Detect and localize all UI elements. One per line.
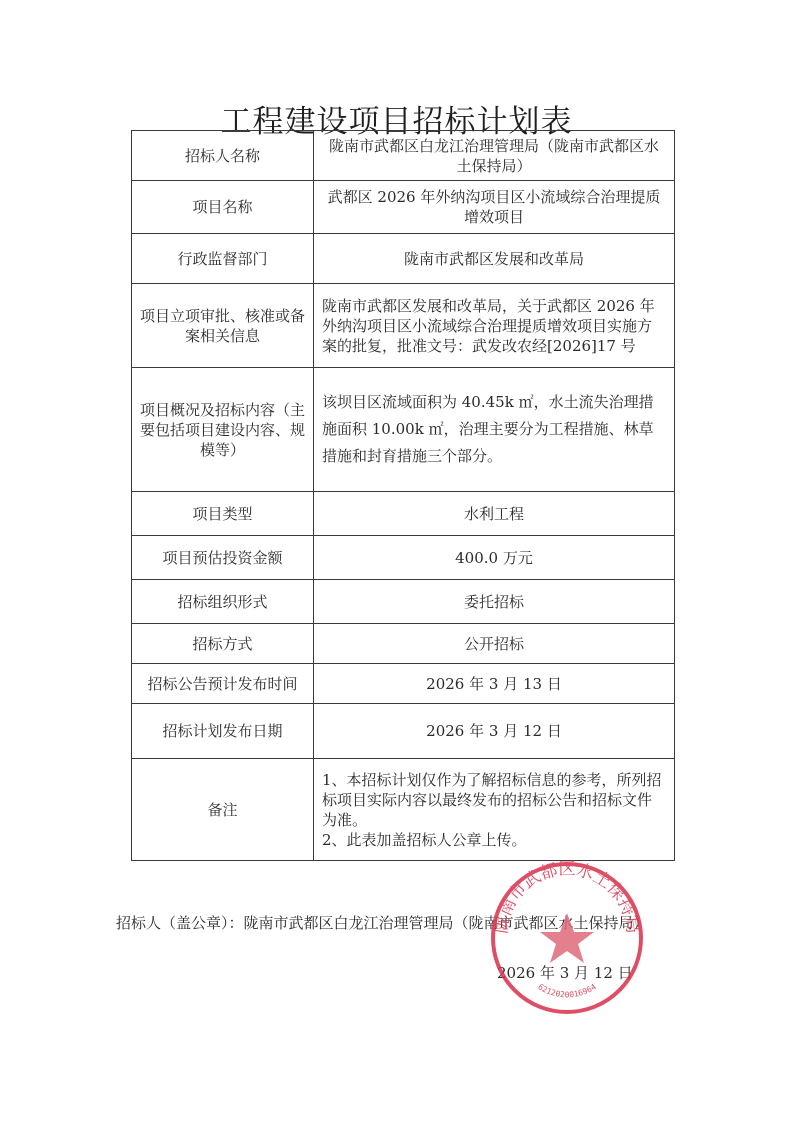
row-value-project-type: 水利工程 <box>314 492 675 536</box>
row-label-plan-date: 招标计划发布日期 <box>132 704 314 759</box>
table-row: 行政监督部门 陇南市武都区发展和改革局 <box>132 234 675 284</box>
row-label-project-overview: 项目概况及招标内容（主要包括项目建设内容、规模等） <box>132 368 314 492</box>
remark-note-2: 2、此表加盖招标人公章上传。 <box>322 830 666 850</box>
row-value-announcement-time: 2026 年 3 月 13 日 <box>314 664 675 704</box>
row-value-plan-date: 2026 年 3 月 12 日 <box>314 704 675 759</box>
tender-plan-table: 招标人名称 陇南市武都区白龙江治理管理局（陇南市武都区水土保持局） 项目名称 武… <box>131 130 675 861</box>
official-seal-icon: 陇南市武都区水土保持局 6212020016964 <box>487 858 647 1018</box>
row-value-supervision-dept: 陇南市武都区发展和改革局 <box>314 234 675 284</box>
row-label-tenderer: 招标人名称 <box>132 131 314 181</box>
row-value-investment: 400.0 万元 <box>314 536 675 580</box>
row-label-investment: 项目预估投资金额 <box>132 536 314 580</box>
row-value-project-name: 武都区 2026 年外纳沟项目区小流域综合治理提质增效项目 <box>314 181 675 234</box>
row-value-tenderer: 陇南市武都区白龙江治理管理局（陇南市武都区水土保持局） <box>314 131 675 181</box>
table-row: 项目概况及招标内容（主要包括项目建设内容、规模等） 该坝目区流域面积为 40.4… <box>132 368 675 492</box>
table-row: 项目名称 武都区 2026 年外纳沟项目区小流域综合治理提质增效项目 <box>132 181 675 234</box>
row-label-organization-form: 招标组织形式 <box>132 580 314 624</box>
table-row: 招标公告预计发布时间 2026 年 3 月 13 日 <box>132 664 675 704</box>
table-row: 备注 1、本招标计划仅作为了解招标信息的参考，所列招标项目实际内容以最终发布的招… <box>132 759 675 861</box>
row-label-project-type: 项目类型 <box>132 492 314 536</box>
row-label-remarks: 备注 <box>132 759 314 861</box>
row-value-organization-form: 委托招标 <box>314 580 675 624</box>
row-label-project-name: 项目名称 <box>132 181 314 234</box>
table-row: 招标人名称 陇南市武都区白龙江治理管理局（陇南市武都区水土保持局） <box>132 131 675 181</box>
table-row: 项目立项审批、核准或备案相关信息 陇南市武都区发展和改革局，关于武都区 2026… <box>132 284 675 368</box>
remark-note-1: 1、本招标计划仅作为了解招标信息的参考，所列招标项目实际内容以最终发布的招标公告… <box>322 770 666 830</box>
row-label-approval-info: 项目立项审批、核准或备案相关信息 <box>132 284 314 368</box>
row-label-announcement-time: 招标公告预计发布时间 <box>132 664 314 704</box>
table-row: 招标方式 公开招标 <box>132 624 675 664</box>
row-value-remarks: 1、本招标计划仅作为了解招标信息的参考，所列招标项目实际内容以最终发布的招标公告… <box>314 759 675 861</box>
table-row: 招标组织形式 委托招标 <box>132 580 675 624</box>
svg-text:6212020016964: 6212020016964 <box>536 982 598 999</box>
signatory-line: 招标人（盖公章）：陇南市武都区白龙江治理管理局（陇南市武都区水土保持局） <box>116 912 649 933</box>
table-row: 项目类型 水利工程 <box>132 492 675 536</box>
table-row: 招标计划发布日期 2026 年 3 月 12 日 <box>132 704 675 759</box>
row-label-tender-method: 招标方式 <box>132 624 314 664</box>
table-row: 项目预估投资金额 400.0 万元 <box>132 536 675 580</box>
row-value-tender-method: 公开招标 <box>314 624 675 664</box>
seal-code: 6212020016964 <box>536 982 598 999</box>
signature-date: 2026 年 3 月 12 日 <box>497 962 633 983</box>
row-value-approval-info: 陇南市武都区发展和改革局，关于武都区 2026 年外纳沟项目区小流域综合治理提质… <box>314 284 675 368</box>
row-value-project-overview: 该坝目区流域面积为 40.45k ㎡，水土流失治理措施面积 10.00k ㎡，治… <box>314 368 675 492</box>
row-label-supervision-dept: 行政监督部门 <box>132 234 314 284</box>
